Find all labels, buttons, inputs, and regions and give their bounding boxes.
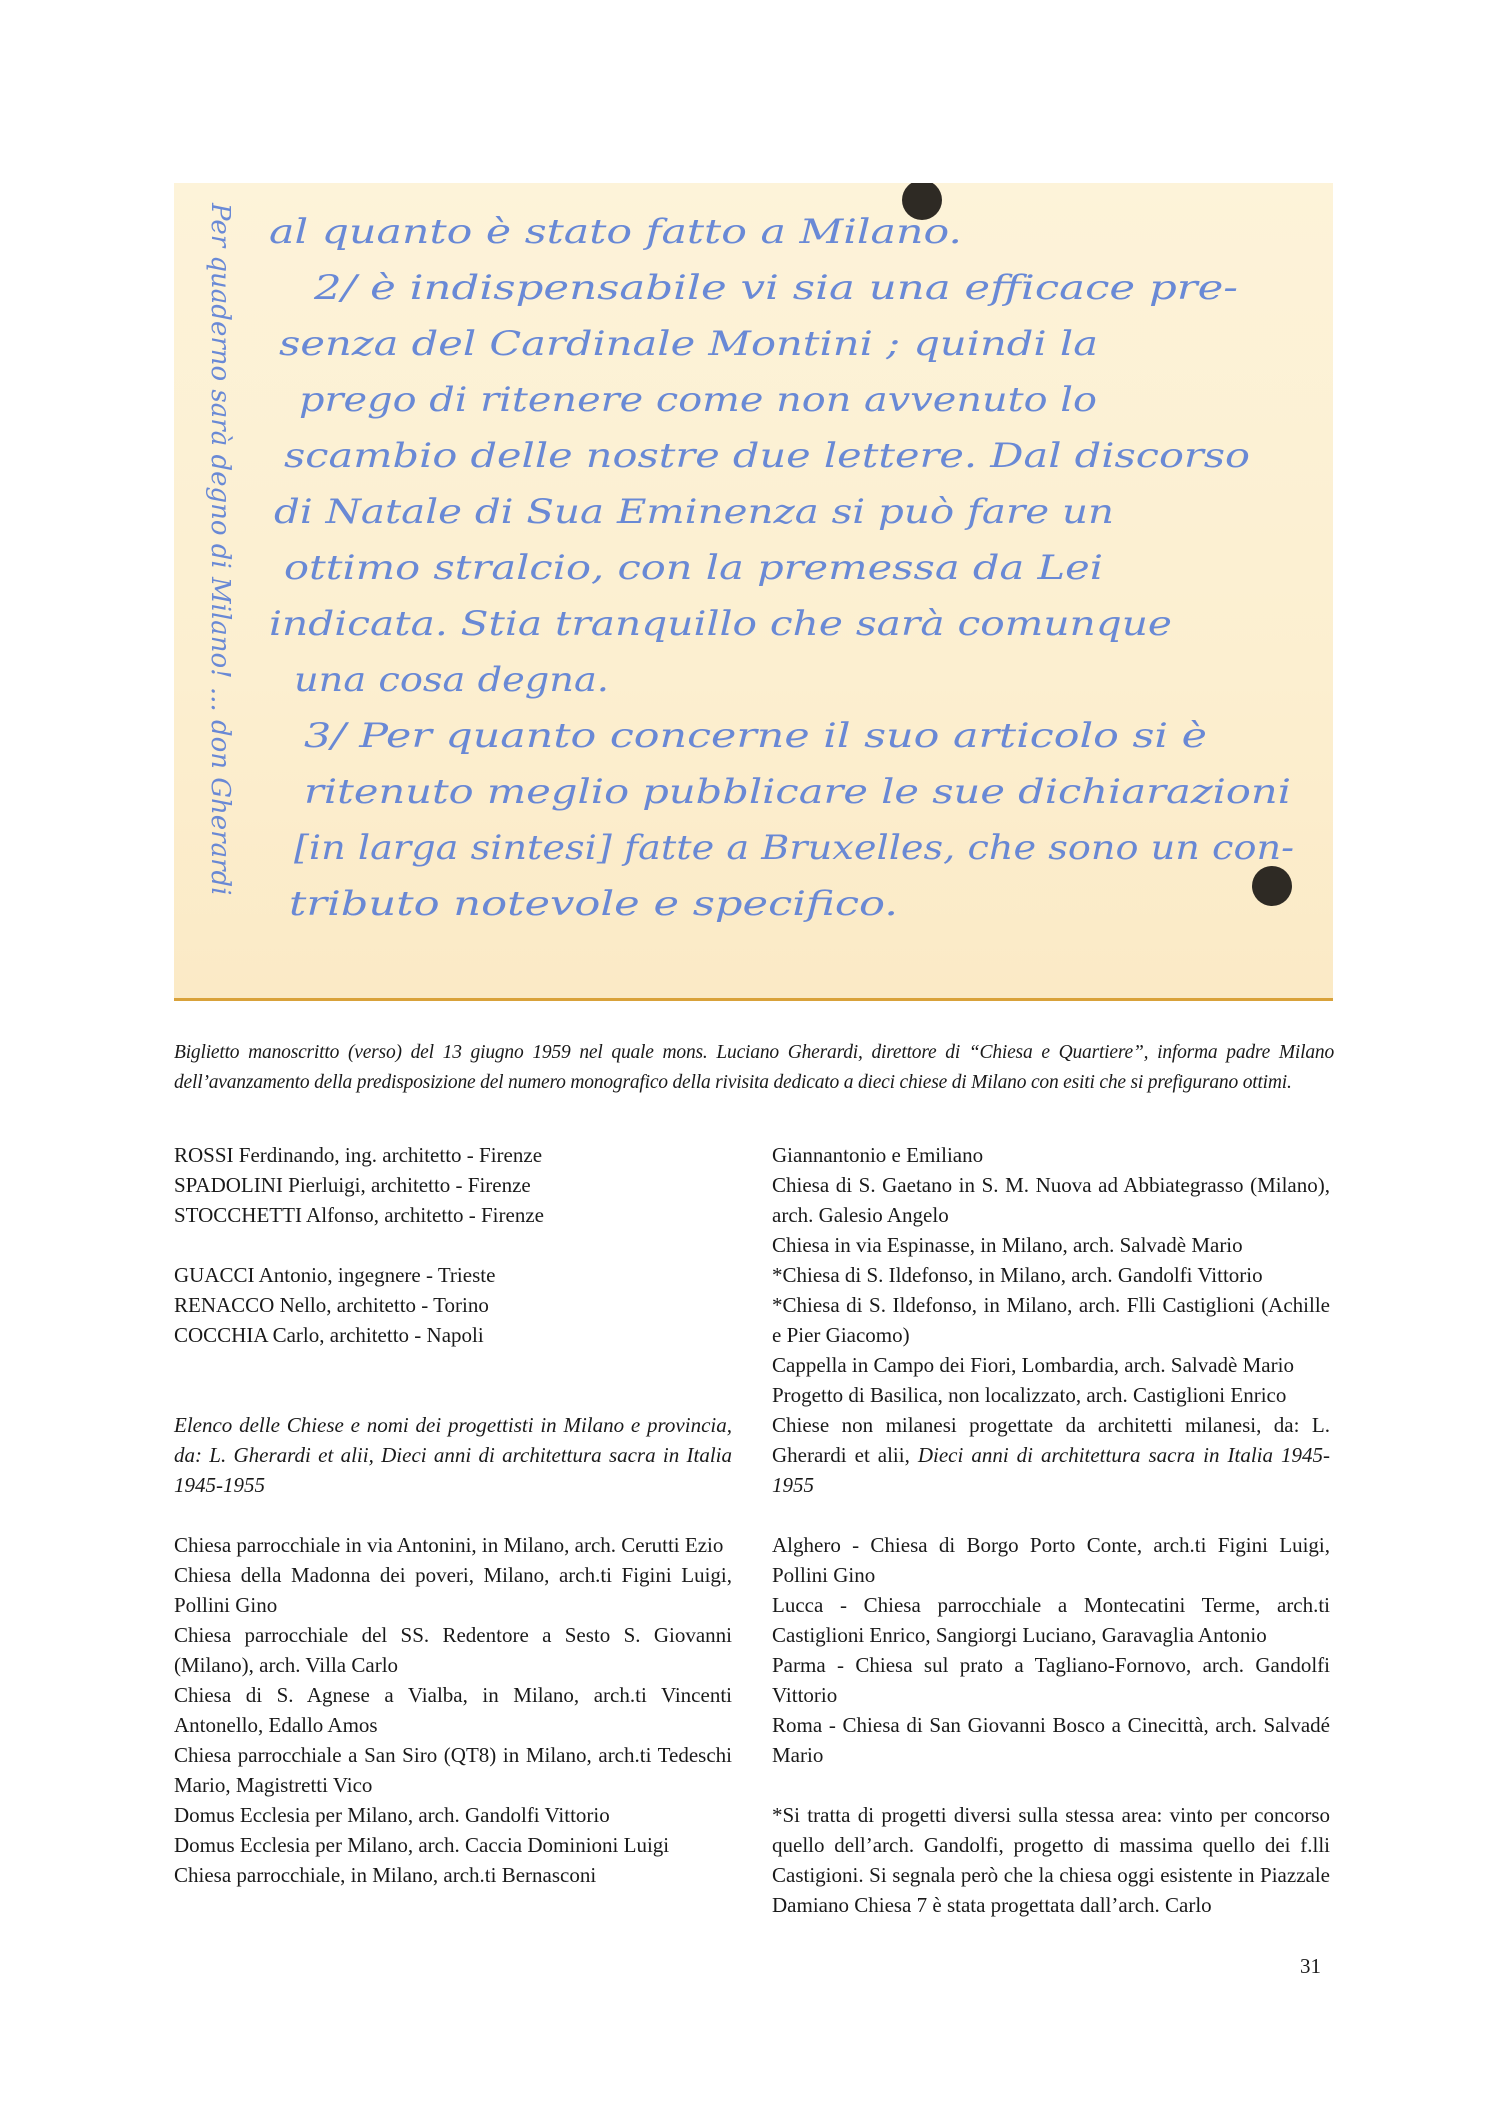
church-entry: Chiesa parrocchiale, in Milano, arch.ti … bbox=[174, 1860, 732, 1890]
margin-note: Per quaderno sarà degno di Milano! ... d… bbox=[205, 202, 235, 895]
handwritten-line: prego di ritenere come non avvenuto lo bbox=[299, 380, 1097, 420]
church-list: Chiesa parrocchiale in via Antonini, in … bbox=[174, 1530, 732, 1890]
handwritten-line: tributo notevole e specifico. bbox=[289, 884, 898, 924]
architects-other-list: GUACCI Antonio, ingegnere - TriesteRENAC… bbox=[174, 1260, 732, 1350]
church-entry: Chiesa parrocchiale a San Siro (QT8) in … bbox=[174, 1740, 732, 1800]
church-entry: Giannantonio e Emiliano bbox=[772, 1140, 1330, 1170]
handwritten-line: senza del Cardinale Montini ; quindi la bbox=[279, 324, 1098, 364]
church-entry: Chiesa in via Espinasse, in Milano, arch… bbox=[772, 1230, 1330, 1260]
church-entry: Chiesa di S. Gaetano in S. M. Nuova ad A… bbox=[772, 1170, 1330, 1230]
left-column: ROSSI Ferdinando, ing. architetto - Fire… bbox=[174, 1140, 732, 1890]
church-entry: Parma - Chiesa sul prato a Tagliano-Forn… bbox=[772, 1650, 1330, 1710]
handwritten-line: una cosa degna. bbox=[294, 660, 609, 700]
church-entry: Domus Ecclesia per Milano, arch. Gandolf… bbox=[174, 1800, 732, 1830]
punch-hole-bottom bbox=[1252, 866, 1292, 906]
handwritten-line: [in larga sintesi] fatte a Bruxelles, ch… bbox=[294, 828, 1294, 868]
footnote: *Si tratta di progetti diversi sulla ste… bbox=[772, 1800, 1330, 1920]
handwritten-line: 2/ è indispensabile vi sia una efficace … bbox=[313, 268, 1238, 308]
figure-caption: Biglietto manoscritto (verso) del 13 giu… bbox=[174, 1038, 1334, 1098]
church-entry: *Chiesa di S. Ildefonso, in Milano, arch… bbox=[772, 1290, 1330, 1350]
church-entry: Domus Ecclesia per Milano, arch. Caccia … bbox=[174, 1830, 732, 1860]
architect-entry: GUACCI Antonio, ingegnere - Trieste bbox=[174, 1260, 732, 1290]
architects-florence-list: ROSSI Ferdinando, ing. architetto - Fire… bbox=[174, 1140, 732, 1230]
church-entry: Chiesa parrocchiale del SS. Redentore a … bbox=[174, 1620, 732, 1680]
handwriting-svg: al quanto è stato fatto a Milano.2/ è in… bbox=[174, 183, 1333, 998]
architect-entry: RENACCO Nello, architetto - Torino bbox=[174, 1290, 732, 1320]
architect-entry: STOCCHETTI Alfonso, architetto - Firenze bbox=[174, 1200, 732, 1230]
handwritten-line: al quanto è stato fatto a Milano. bbox=[269, 212, 962, 252]
page-number: 31 bbox=[1300, 1954, 1321, 1979]
church-entry: Chiesa di S. Agnese a Vialba, in Milano,… bbox=[174, 1680, 732, 1740]
handwritten-line: scambio delle nostre due lettere. Dal di… bbox=[284, 436, 1250, 476]
architect-entry: ROSSI Ferdinando, ing. architetto - Fire… bbox=[174, 1140, 732, 1170]
church-list-continued: Giannantonio e EmilianoChiesa di S. Gaet… bbox=[772, 1140, 1330, 1410]
church-entry: Chiesa parrocchiale in via Antonini, in … bbox=[174, 1530, 732, 1560]
handwritten-line: 3/ Per quanto concerne il suo articolo s… bbox=[304, 716, 1207, 756]
architect-entry: SPADOLINI Pierluigi, architetto - Firenz… bbox=[174, 1170, 732, 1200]
church-entry: Chiesa della Madonna dei poveri, Milano,… bbox=[174, 1560, 732, 1620]
church-entry: Alghero - Chiesa di Borgo Porto Conte, a… bbox=[772, 1530, 1330, 1590]
architect-entry: COCCHIA Carlo, architetto - Napoli bbox=[174, 1320, 732, 1350]
church-entry: Cappella in Campo dei Fiori, Lombardia, … bbox=[772, 1350, 1330, 1380]
church-entry: *Chiesa di S. Ildefonso, in Milano, arch… bbox=[772, 1260, 1330, 1290]
handwritten-line: ottimo stralcio, con la premessa da Lei bbox=[284, 548, 1103, 588]
handwritten-card-image: al quanto è stato fatto a Milano.2/ è in… bbox=[174, 183, 1333, 1001]
church-entry: Progetto di Basilica, non localizzato, a… bbox=[772, 1380, 1330, 1410]
non-milan-heading: Chiese non milanesi progettate da archit… bbox=[772, 1410, 1330, 1500]
church-list-heading: Elenco delle Chiese e nomi dei progettis… bbox=[174, 1410, 732, 1500]
non-milan-church-list: Alghero - Chiesa di Borgo Porto Conte, a… bbox=[772, 1530, 1330, 1770]
handwritten-line: ritenuto meglio pubblicare le sue dichia… bbox=[304, 772, 1291, 812]
handwritten-line: di Natale di Sua Eminenza si può fare un bbox=[274, 492, 1114, 532]
church-entry: Roma - Chiesa di San Giovanni Bosco a Ci… bbox=[772, 1710, 1330, 1770]
right-column: Giannantonio e EmilianoChiesa di S. Gaet… bbox=[772, 1140, 1330, 1920]
church-entry: Lucca - Chiesa parrocchiale a Montecatin… bbox=[772, 1590, 1330, 1650]
handwritten-line: indicata. Stia tranquillo che sarà comun… bbox=[269, 604, 1172, 644]
